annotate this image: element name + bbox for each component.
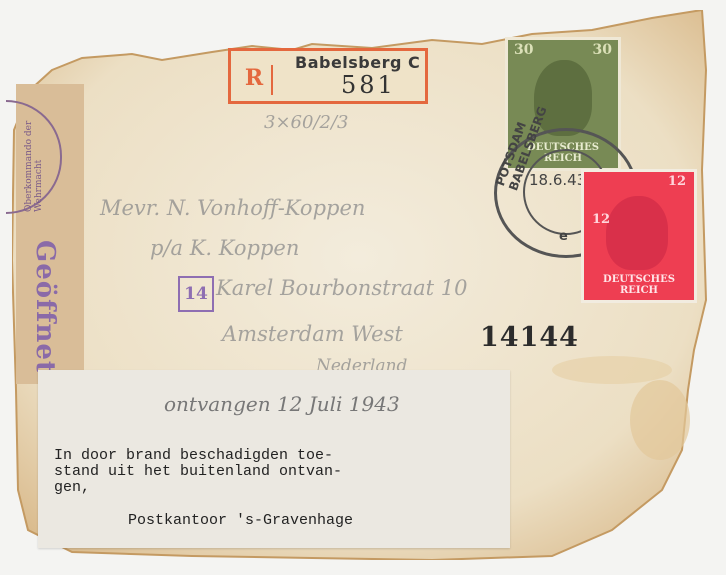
stamp-value-right: 30 [593, 42, 612, 58]
pencil-note: 3×60/2/3 [264, 112, 348, 133]
postmark-letter: e [559, 229, 568, 244]
registration-office: Babelsberg C [295, 53, 420, 72]
stamp-inscription: DEUTSCHES REICH [584, 274, 694, 296]
censor-opened-text: Geöffnet [30, 240, 60, 374]
registration-number: 14144 [480, 322, 579, 353]
registration-label-number: 581 [341, 71, 396, 99]
stamp-12: 12 12 DEUTSCHES REICH [584, 172, 694, 300]
address-line-3: Karel Bourbonstraat 10 [216, 276, 467, 300]
registration-mark: R [237, 65, 273, 95]
registration-label: R Babelsberg C 581 [228, 48, 428, 104]
damage-notice-slip: ontvangen 12 Juli 1943 In door brand bes… [38, 370, 510, 548]
damage-notice-text: In door brand beschadigden toe- stand ui… [54, 448, 342, 496]
address-line-2: p/a K. Koppen [150, 236, 299, 260]
address-line-1: Mevr. N. Vonhoff-Koppen [100, 196, 365, 220]
portrait-icon [606, 196, 668, 270]
stamp-value-left: 12 [592, 212, 610, 227]
stamp-value-right: 12 [668, 174, 686, 189]
censor-round-text: Oberkommando der Wehrmacht [24, 108, 44, 212]
address-line-4: Amsterdam West [222, 322, 403, 346]
post-office-name: Postkantoor 's-Gravenhage [128, 512, 353, 529]
censor-box-number: 14 [178, 276, 214, 312]
stamp-value-left: 30 [514, 42, 533, 58]
received-date-note: ontvangen 12 Juli 1943 [164, 392, 400, 416]
